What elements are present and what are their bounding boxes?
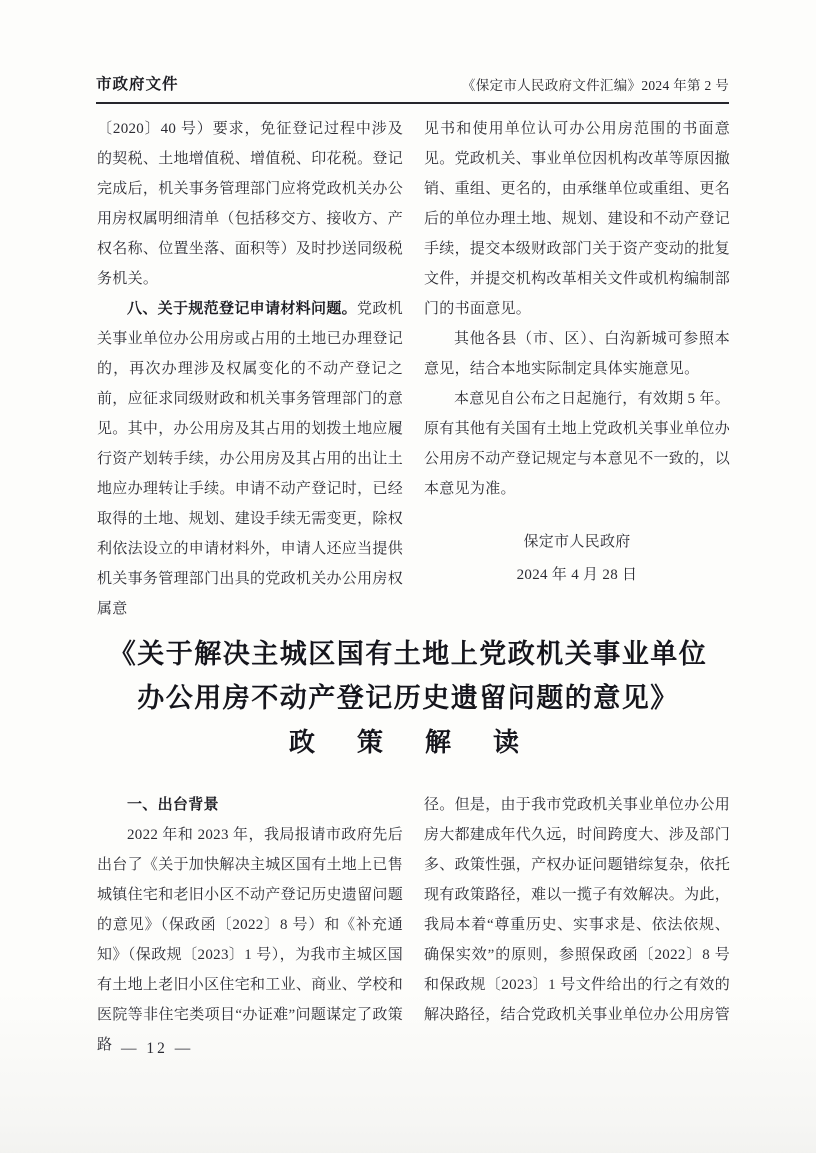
document-paragraph: 见书和使用单位认可办公用房范围的书面意见。党政机关、事业单位因机构改革等原因撤销… — [424, 114, 730, 324]
right-column: 见书和使用单位认可办公用房范围的书面意见。党政机关、事业单位因机构改革等原因撤销… — [424, 114, 730, 624]
document-paragraph: 2022 年和 2023 年，我局报请市政府先后出台了《关于加快解决主城区国有土… — [97, 820, 403, 1060]
document-paragraph: 〔2020〕40 号）要求，免征登记过程中涉及的契税、土地增值税、增值税、印花税… — [97, 114, 403, 294]
document-paragraph: 本意见自公布之日起施行，有效期 5 年。原有其他有关国有土地上党政机关事业单位办… — [424, 384, 730, 504]
left-column: 〔2020〕40 号）要求，免征登记过程中涉及的契税、土地增值税、增值税、印花税… — [97, 114, 403, 624]
clause-heading: 八、关于规范登记申请材料问题。 — [127, 300, 357, 317]
opinion-document-section: 〔2020〕40 号）要求，免征登记过程中涉及的契税、土地增值税、增值税、印花税… — [97, 114, 730, 624]
page-number: — 12 — — [121, 1040, 193, 1058]
interpretation-section: 一、出台背景 2022 年和 2023 年，我局报请市政府先后出台了《关于加快解… — [97, 790, 730, 1060]
section-heading: 一、出台背景 — [97, 790, 403, 820]
title-subtitle: 政 策 解 读 — [0, 722, 816, 764]
clause-body: 党政机关事业单位办公用房或占用的土地已办理登记的，再次办理涉及权属变化的不动产登… — [97, 301, 403, 617]
left-column: 一、出台背景 2022 年和 2023 年，我局报请市政府先后出台了《关于加快解… — [97, 790, 403, 1060]
signature-organization: 保定市人民政府 — [424, 526, 730, 559]
document-paragraph: 其他各县（市、区）、白沟新城可参照本意见，结合本地实际制定具体实施意见。 — [424, 324, 730, 384]
title-line-1: 《关于解决主城区国有土地上党政机关事业单位 — [0, 632, 816, 676]
header-compilation-label: 《保定市人民政府文件汇编》2024 年第 2 号 — [462, 74, 729, 94]
header-section-label: 市政府文件 — [96, 72, 179, 94]
scanned-document-page: { "header": { "left_title": "市政府文件", "ri… — [0, 0, 816, 1153]
interpretation-title: 《关于解决主城区国有土地上党政机关事业单位 办公用房不动产登记历史遗留问题的意见… — [0, 632, 816, 764]
title-line-2: 办公用房不动产登记历史遗留问题的意见》 — [0, 676, 816, 720]
right-column: 径。但是，由于我市党政机关事业单位办公用房大都建成年代久远，时间跨度大、涉及部门… — [424, 790, 730, 1060]
document-paragraph: 八、关于规范登记申请材料问题。党政机关事业单位办公用房或占用的土地已办理登记的，… — [97, 294, 403, 624]
page-header: 市政府文件 《保定市人民政府文件汇编》2024 年第 2 号 — [96, 72, 729, 104]
signature-date: 2024 年 4 月 28 日 — [424, 559, 730, 592]
document-paragraph: 径。但是，由于我市党政机关事业单位办公用房大都建成年代久远，时间跨度大、涉及部门… — [424, 790, 730, 1030]
signature-block: 保定市人民政府 2024 年 4 月 28 日 — [424, 526, 730, 592]
